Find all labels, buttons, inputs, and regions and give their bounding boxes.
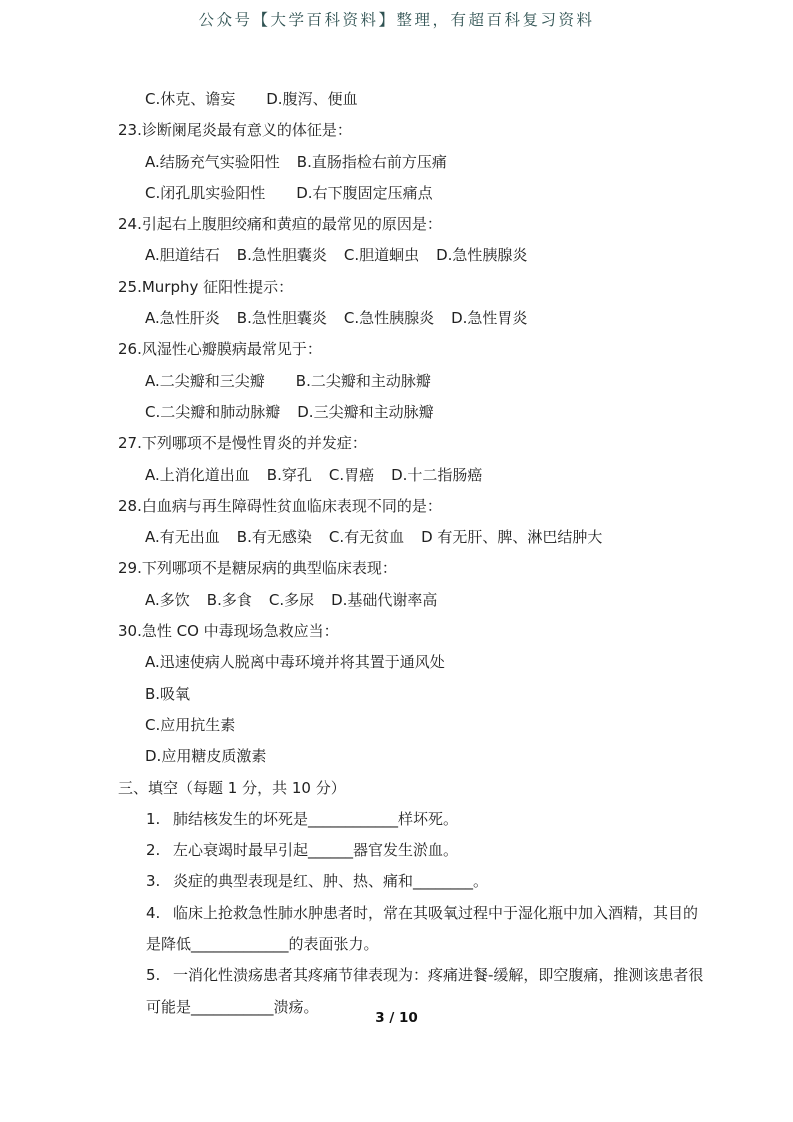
option-row: C.应用抗生素	[0, 710, 793, 741]
option-item: A.结肠充气实验阳性	[145, 153, 280, 171]
option-item: A.急性肝炎	[145, 309, 220, 327]
question-line: 30.急性 CO 中毒现场急救应当：	[0, 616, 793, 647]
option-row: A.结肠充气实验阳性B.直肠指检右前方压痛	[0, 147, 793, 178]
option-item: D.右下腹固定压痛点	[296, 184, 432, 202]
option-row: A.有无出血B.有无感染C.有无贫血D 有无肝、脾、淋巴结肿大	[0, 522, 793, 553]
option-row: C.二尖瓣和肺动脉瓣D.三尖瓣和主动脉瓣	[0, 397, 793, 428]
fill-item: 3.炎症的典型表现是红、肿、热、痛和________。	[0, 866, 793, 897]
option-row: A.二尖瓣和三尖瓣B.二尖瓣和主动脉瓣	[0, 366, 793, 397]
fill-item-number: 5.	[146, 960, 173, 991]
option-item: B.多食	[207, 591, 252, 609]
page-number: 3 / 10	[0, 1010, 793, 1026]
option-item: A.二尖瓣和三尖瓣	[145, 372, 265, 390]
option-item: C.胃癌	[329, 466, 374, 484]
option-item: A.胆道结石	[145, 246, 220, 264]
fill-item-text: 左心衰竭时最早引起______器官发生淤血。	[173, 841, 458, 859]
question-line: 29.下列哪项不是糖尿病的典型临床表现：	[0, 553, 793, 584]
question-line: 28.白血病与再生障碍性贫血临床表现不同的是：	[0, 491, 793, 522]
option-item: D.基础代谢率高	[331, 591, 437, 609]
option-item: A.有无出血	[145, 528, 220, 546]
fill-item-text: 一消化性溃疡患者其疼痛节律表现为：疼痛进餐-缓解，即空腹痛，推测该患者很	[173, 966, 703, 984]
option-item: B.穿孔	[267, 466, 312, 484]
option-item: C.胆道蛔虫	[344, 246, 419, 264]
fill-item-number: 4.	[146, 898, 173, 929]
fill-item-number: 1.	[146, 804, 173, 835]
question-line: 23.诊断阑尾炎最有意义的体征是：	[0, 115, 793, 146]
option-row: B.吸氧	[0, 679, 793, 710]
question-line: 27.下列哪项不是慢性胃炎的并发症：	[0, 428, 793, 459]
fill-item: 2.左心衰竭时最早引起______器官发生淤血。	[0, 835, 793, 866]
option-item: C.休克、谵妄	[145, 90, 235, 108]
option-row: A.胆道结石B.急性胆囊炎C.胆道蛔虫D.急性胰腺炎	[0, 240, 793, 271]
option-item: B.二尖瓣和主动脉瓣	[296, 372, 431, 390]
fill-item-number: 2.	[146, 835, 173, 866]
option-item: D 有无肝、脾、淋巴结肿大	[421, 528, 602, 546]
option-item: D.急性胰腺炎	[436, 246, 527, 264]
option-row: A.迅速使病人脱离中毒环境并将其置于通风处	[0, 647, 793, 678]
fill-item-text: 肺结核发生的坏死是____________样坏死。	[173, 810, 458, 828]
option-item: B.直肠指检右前方压痛	[297, 153, 447, 171]
option-row: A.急性肝炎B.急性胆囊炎C.急性胰腺炎D.急性胃炎	[0, 303, 793, 334]
fill-item: 5.一消化性溃疡患者其疼痛节律表现为：疼痛进餐-缓解，即空腹痛，推测该患者很	[0, 960, 793, 991]
question-line: 24.引起右上腹胆绞痛和黄疸的最常见的原因是：	[0, 209, 793, 240]
option-item: B.急性胆囊炎	[237, 309, 327, 327]
option-item: A.迅速使病人脱离中毒环境并将其置于通风处	[145, 653, 445, 671]
section-heading: 三、填空（每题 1 分，共 10 分）	[0, 773, 793, 804]
option-item: C.多尿	[269, 591, 314, 609]
fill-item-text: 临床上抢救急性肺水肿患者时，常在其吸氧过程中于湿化瓶中加入酒精，其目的	[173, 904, 698, 922]
fill-item-text: 炎症的典型表现是红、肿、热、痛和________。	[173, 872, 488, 890]
option-row: C.休克、谵妄D.腹泻、便血	[0, 84, 793, 115]
option-item: B.急性胆囊炎	[237, 246, 327, 264]
option-item: D.急性胃炎	[451, 309, 527, 327]
option-row: A.上消化道出血B.穿孔C.胃癌D.十二指肠癌	[0, 460, 793, 491]
option-item: C.应用抗生素	[145, 716, 235, 734]
option-item: C.闭孔肌实验阳性	[145, 184, 265, 202]
question-line: 25.Murphy 征阳性提示：	[0, 272, 793, 303]
question-line: 26.风湿性心瓣膜病最常见于：	[0, 334, 793, 365]
option-item: D.应用糖皮质激素	[145, 747, 266, 765]
option-item: B.吸氧	[145, 685, 190, 703]
option-item: D.三尖瓣和主动脉瓣	[297, 403, 433, 421]
document-body: C.休克、谵妄D.腹泻、便血23.诊断阑尾炎最有意义的体征是：A.结肠充气实验阳…	[0, 84, 793, 1023]
option-item: C.二尖瓣和肺动脉瓣	[145, 403, 280, 421]
option-row: A.多饮B.多食C.多尿D.基础代谢率高	[0, 585, 793, 616]
fill-item: 4.临床上抢救急性肺水肿患者时，常在其吸氧过程中于湿化瓶中加入酒精，其目的	[0, 898, 793, 929]
option-item: A.多饮	[145, 591, 190, 609]
option-item: B.有无感染	[237, 528, 312, 546]
option-row: C.闭孔肌实验阳性D.右下腹固定压痛点	[0, 178, 793, 209]
option-item: C.有无贫血	[329, 528, 404, 546]
option-item: C.急性胰腺炎	[344, 309, 434, 327]
watermark-text: 公众号【大学百科资料】整理，有超百科复习资料	[0, 8, 793, 30]
fill-item: 1.肺结核发生的坏死是____________样坏死。	[0, 804, 793, 835]
option-row: D.应用糖皮质激素	[0, 741, 793, 772]
fill-item-continuation: 是降低_____________的表面张力。	[0, 929, 793, 960]
option-item: D.腹泻、便血	[266, 90, 357, 108]
option-item: A.上消化道出血	[145, 466, 250, 484]
option-item: D.十二指肠癌	[391, 466, 482, 484]
fill-item-number: 3.	[146, 866, 173, 897]
